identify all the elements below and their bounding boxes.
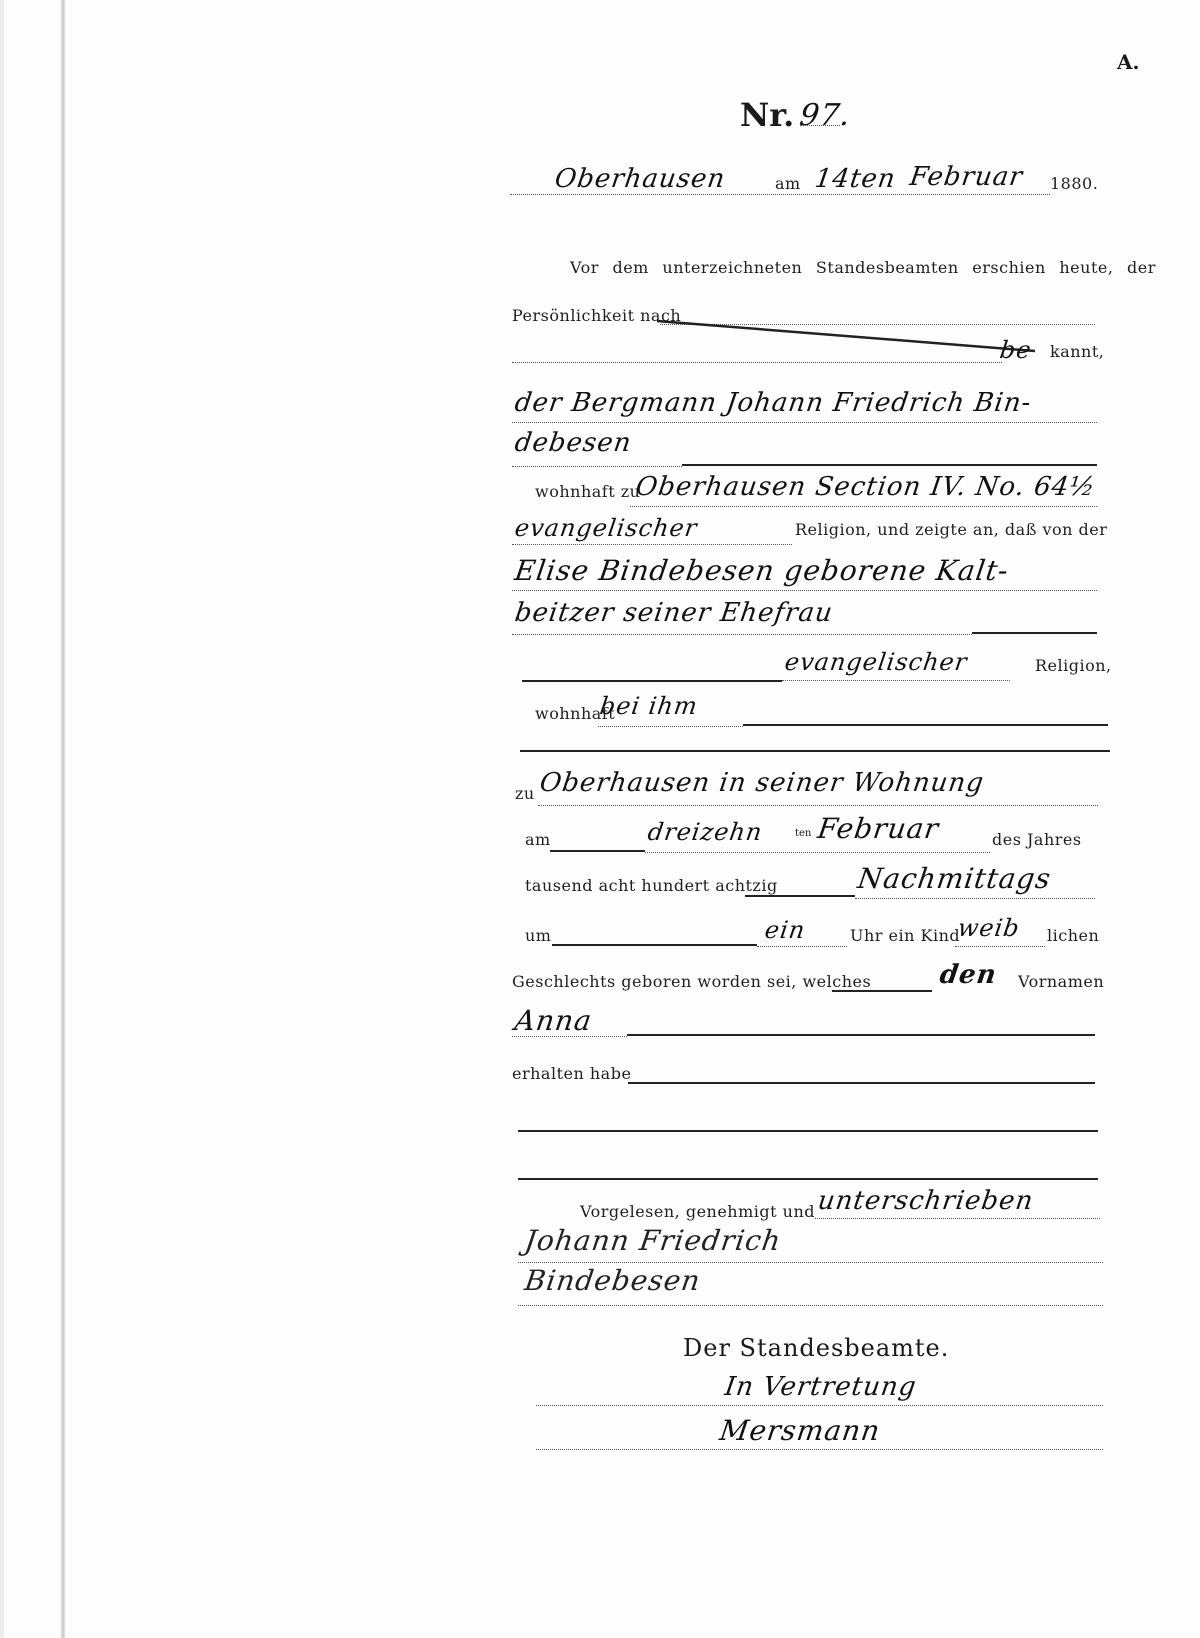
informant-line-1: der Bergmann Johann Friedrich Bin- (513, 388, 1034, 418)
registrar-dotted-line-2 (536, 1449, 1103, 1450)
birth-place-dotted-line (538, 805, 1098, 806)
identity-dotted-line-2 (512, 362, 1002, 363)
mother-line-1: Elise Bindebesen geborene Kalt- (513, 554, 1011, 587)
signature-dotted-line-1 (518, 1262, 1103, 1263)
mother-residence-dotted-line (598, 726, 743, 727)
page-edge-shadow (0, 0, 4, 1638)
birth-day-ordinal-suffix: ten (795, 828, 811, 839)
informant-line-2: debesen (513, 428, 634, 458)
gender-fill-line (832, 990, 932, 992)
informant-dotted-line-2 (512, 466, 682, 467)
received-fill-line (628, 1082, 1095, 1084)
blank-fill-line-1 (518, 1130, 1098, 1132)
read-approved-label: Vorgelesen, genehmigt und (580, 1202, 815, 1221)
blank-fill-line-2 (518, 1178, 1098, 1180)
birth-year-printed: tausend acht hundert achtzig (525, 876, 778, 895)
register-number-value: 97. (798, 98, 854, 133)
mother-religion-suffix: Religion, (1035, 656, 1112, 675)
registrar-title: Der Standesbeamte. (683, 1334, 949, 1362)
received-label: erhalten habe (512, 1064, 631, 1083)
birth-year-suffix: des Jahres (992, 830, 1082, 849)
informant-religion: evangelischer (513, 514, 699, 542)
binding-crease (60, 0, 66, 1638)
religion-suffix: Religion, und zeigte an, daß von der (795, 520, 1107, 539)
signature-line-1: Johann Friedrich (523, 1224, 784, 1257)
mother-residence-fill-line (743, 724, 1108, 726)
identity-suffix: kannt, (1050, 342, 1104, 361)
birth-year-fill-line (745, 895, 855, 897)
register-number-dotted-line (800, 125, 840, 126)
birth-hour-fill-line (552, 944, 757, 946)
identity-strike-line (655, 318, 1055, 358)
place-written: Oberhausen (553, 164, 727, 194)
read-approved-dotted-line (815, 1218, 1100, 1219)
registrar-dotted-line-1 (536, 1405, 1103, 1406)
child-name-fill-line (627, 1034, 1095, 1036)
birth-place-label: zu (515, 784, 535, 803)
birth-time-of-day: Nachmittags (856, 862, 1054, 895)
birth-time-dotted-line (855, 898, 1095, 899)
informant-dotted-line-1 (512, 422, 1097, 423)
birth-month: Februar (816, 812, 942, 845)
birth-date-fill-line (550, 850, 645, 852)
date-day-written: 14ten (813, 164, 898, 194)
intro-text: Vor dem unterzeichneten Standesbeamten e… (570, 258, 1156, 277)
birth-hour-dotted-line (757, 946, 847, 947)
mother-dotted-line-1 (512, 590, 1097, 591)
register-number-label: Nr. (740, 96, 794, 134)
identity-hand: be (998, 336, 1034, 364)
child-name-dotted-line (512, 1036, 627, 1037)
birth-hour: ein (763, 916, 807, 944)
mother-residence-fill-line-2 (520, 750, 1110, 752)
mother-religion: evangelischer (783, 648, 969, 676)
religion-dotted-line (512, 544, 792, 545)
child-sex: weib (956, 914, 1022, 942)
child-sex-suffix: lichen (1047, 926, 1099, 945)
residence-label: wohnhaft zu (535, 482, 640, 501)
residence-dotted-line (630, 506, 1097, 507)
child-name: Anna (513, 1004, 595, 1037)
date-year-printed: 1880. (1050, 174, 1098, 193)
signature-line-2: Bindebesen (523, 1264, 703, 1297)
birth-day: dreizehn (646, 818, 764, 846)
gender-phrase: Geschlechts geboren worden sei, welches (512, 972, 871, 991)
mother-dotted-line-2 (512, 634, 972, 635)
birth-place: Oberhausen in seiner Wohnung (538, 768, 986, 798)
name-article: den (938, 960, 999, 990)
name-suffix: Vornamen (1018, 972, 1104, 991)
registrar-line-2: Mersmann (718, 1414, 883, 1447)
civil-birth-register-page: A. Nr. 97. Oberhausen am 14ten Februar 1… (0, 0, 1200, 1638)
registrar-line-1: In Vertretung (723, 1372, 919, 1402)
signature-dotted-line-2 (518, 1305, 1103, 1306)
mother-fill-line (972, 632, 1097, 634)
birth-date-label: am (525, 830, 551, 849)
child-sex-dotted-line (955, 946, 1045, 947)
mother-religion-fill-line (522, 680, 782, 682)
form-type-label: A. (1117, 50, 1139, 74)
date-month-written: Februar (908, 162, 1025, 192)
place-date-dotted-line (510, 194, 1050, 195)
read-approved-hand: unterschrieben (816, 1186, 1036, 1216)
date-prefix: am (775, 174, 801, 193)
mother-religion-dotted-line (782, 680, 1010, 681)
residence-hand: Oberhausen Section IV. No. 64½ (634, 472, 1098, 502)
birth-hour-suffix: Uhr ein Kind (850, 926, 960, 945)
mother-line-2: beitzer seiner Ehefrau (513, 598, 835, 628)
informant-fill-line (682, 464, 1097, 466)
birth-date-dotted-line (645, 852, 990, 853)
birth-hour-label: um (525, 926, 551, 945)
mother-residence: bei ihm (598, 692, 700, 720)
